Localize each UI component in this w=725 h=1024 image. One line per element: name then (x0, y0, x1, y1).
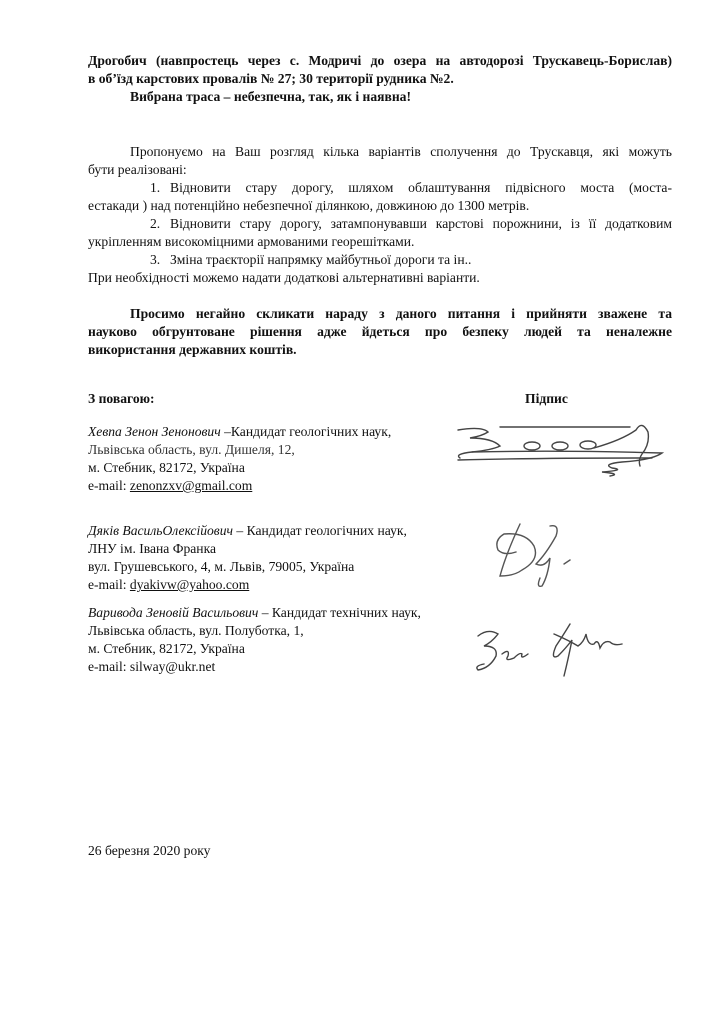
signatory-2-email-link[interactable]: dyakivw@yahoo.com (130, 577, 249, 592)
signatory-1-name-line: Хевпа Зенон Зенонович –Кандидат геологіч… (88, 423, 391, 441)
signatory-3-address-2: м. Стебник, 82172, Україна (88, 640, 245, 658)
signatory-3-address-1: Львівська область, вул. Полуботка, 1, (88, 622, 304, 640)
signatory-1-email-label: e-mail: (88, 478, 130, 493)
signatory-1-name: Хевпа Зенон Зенонович (88, 424, 221, 439)
signature-3 (474, 620, 634, 680)
document-date: 26 березня 2020 року (88, 842, 210, 860)
header-line-1: Дрогобич (навпростець через с. Модричі д… (88, 52, 672, 70)
signatory-2-email-line: e-mail: dyakivw@yahoo.com (88, 576, 249, 594)
item-3-number: 3. (150, 251, 160, 269)
signature-label: Підпис (525, 390, 568, 408)
signatory-3-name-line: Варивода Зеновій Васильович – Кандидат т… (88, 604, 421, 622)
signatory-1-email-link[interactable]: zenonzxv@gmail.com (130, 478, 252, 493)
item-3-line-1: Зміна траєкторії напрямку майбутньої дор… (170, 251, 471, 269)
signatory-2-name: Дяків ВасильОлексійович (88, 523, 233, 538)
item-1-number: 1. (150, 179, 160, 197)
item-2-line-1: Відновити стару дорогу, затампонувавши к… (170, 215, 672, 233)
signatory-3-email-line: e-mail: silway@ukr.net (88, 658, 215, 676)
signatory-2-email-label: e-mail: (88, 577, 130, 592)
signature-1 (452, 420, 672, 480)
signatory-2-address-1: ЛНУ ім. Івана Франка (88, 540, 216, 558)
signatory-2-title: – Кандидат геологічних наук, (233, 523, 407, 538)
item-1-line-1: Відновити стару дорогу, шляхом облаштува… (170, 179, 672, 197)
signatory-1-title: –Кандидат геологічних наук, (221, 424, 392, 439)
item-1-line-2: естакади ) над потенційно небезпечної ді… (88, 197, 529, 215)
signatory-1-email-line: e-mail: zenonzxv@gmail.com (88, 477, 252, 495)
item-2-line-2: укріпленням високоміцними армованими гео… (88, 233, 414, 251)
regards-label: З повагою: (88, 390, 155, 408)
signatory-3-email-label: e-mail: (88, 659, 130, 674)
signatory-2-name-line: Дяків ВасильОлексійович – Кандидат геоло… (88, 522, 407, 540)
request-line-3: використання державних коштів. (88, 341, 297, 359)
signatory-3-name: Варивода Зеновій Васильович (88, 605, 258, 620)
signatory-1-address-2: м. Стебник, 82172, Україна (88, 459, 245, 477)
request-line-1: Просимо негайно скликати нараду з даного… (130, 305, 672, 323)
signatory-3-email-text: silway@ukr.net (130, 659, 215, 674)
request-line-2: науково обгрунтоване рішення адже йдетьс… (88, 323, 672, 341)
signatory-2-address-2: вул. Грушевського, 4, м. Львів, 79005, У… (88, 558, 354, 576)
proposal-closing: При необхідності можемо надати додаткові… (88, 269, 480, 287)
item-2-number: 2. (150, 215, 160, 233)
signatory-3-title: – Кандидат технічних наук, (258, 605, 421, 620)
signatory-1-address-1: Львівська область, вул. Дишеля, 12, (88, 441, 295, 459)
proposal-intro-line-2: бути реалізовані: (88, 161, 187, 179)
proposal-intro-line-1: Пропонуємо на Ваш розгляд кілька варіант… (130, 143, 672, 161)
header-line-3: Вибрана траса – небезпечна, так, як і на… (130, 88, 411, 106)
header-line-2: в об’їзд карстових провалів № 27; 30 тер… (88, 70, 454, 88)
signature-2 (490, 520, 590, 592)
